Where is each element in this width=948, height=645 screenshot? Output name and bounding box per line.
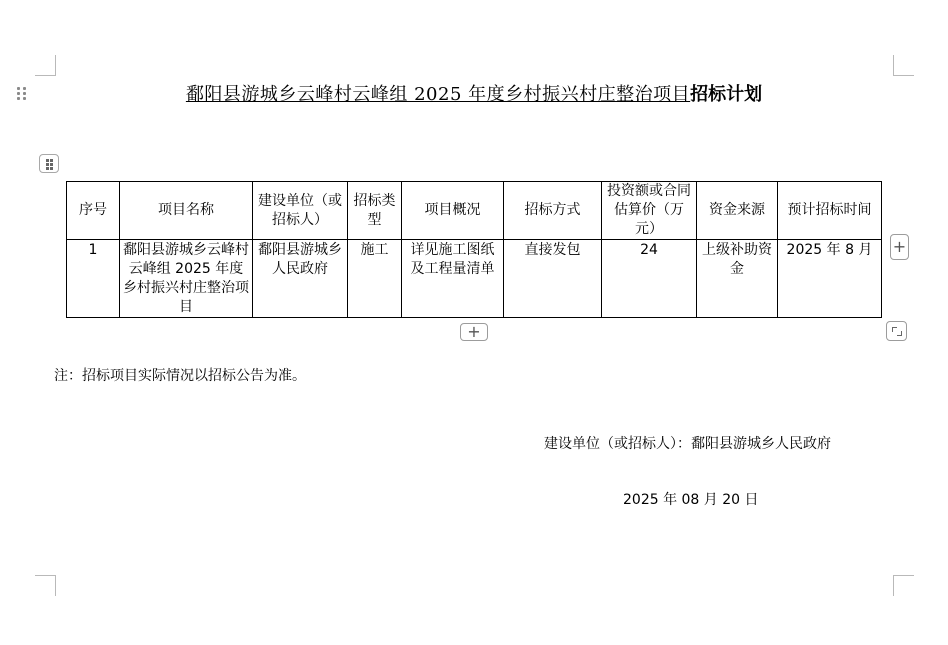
- cell-overview[interactable]: 详见施工图纸及工程量清单: [402, 240, 504, 318]
- signature-unit: 建设单位（或招标人）：鄱阳县游城乡人民政府: [544, 434, 831, 454]
- cell-project-name[interactable]: 鄱阳县游城乡云峰村云峰组 2025 年度乡村振兴村庄整治项目: [120, 240, 253, 318]
- cell-amount[interactable]: 24: [602, 240, 697, 318]
- title-bold: 招标计划: [690, 84, 762, 105]
- plus-icon: +: [893, 237, 906, 256]
- table-move-handle[interactable]: [39, 154, 59, 173]
- add-column-button[interactable]: +: [890, 234, 909, 260]
- table-resize-handle[interactable]: [886, 321, 907, 341]
- add-row-button[interactable]: +: [460, 323, 488, 341]
- cell-method[interactable]: 直接发包: [504, 240, 602, 318]
- cell-type[interactable]: 施工: [348, 240, 402, 318]
- page-corner-top-right: [893, 55, 914, 76]
- header-method[interactable]: 招标方式: [504, 182, 602, 240]
- page-corner-bottom-right: [893, 575, 914, 596]
- title-main: 鄱阳县游城乡云峰村云峰组 2025 年度乡村振兴村庄整治项目: [186, 84, 690, 105]
- cell-fund-source[interactable]: 上级补助资金: [697, 240, 778, 318]
- note-text: 注：招标项目实际情况以招标公告为准。: [54, 366, 306, 386]
- page-corner-bottom-left: [35, 575, 56, 596]
- plus-icon: +: [467, 322, 480, 341]
- table-row: 1 鄱阳县游城乡云峰村云峰组 2025 年度乡村振兴村庄整治项目 鄱阳县游城乡人…: [67, 240, 882, 318]
- document-title: 鄱阳县游城乡云峰村云峰组 2025 年度乡村振兴村庄整治项目招标计划: [0, 84, 948, 106]
- bidding-plan-table: 序号 项目名称 建设单位（或招标人） 招标类型 项目概况 招标方式 投资额或合同…: [66, 181, 882, 318]
- header-time[interactable]: 预计招标时间: [778, 182, 882, 240]
- table-header-row: 序号 项目名称 建设单位（或招标人） 招标类型 项目概况 招标方式 投资额或合同…: [67, 182, 882, 240]
- header-unit[interactable]: 建设单位（或招标人）: [253, 182, 348, 240]
- header-no[interactable]: 序号: [67, 182, 120, 240]
- header-overview[interactable]: 项目概况: [402, 182, 504, 240]
- header-type[interactable]: 招标类型: [348, 182, 402, 240]
- page-corner-top-left: [35, 55, 56, 76]
- cell-unit[interactable]: 鄱阳县游城乡人民政府: [253, 240, 348, 318]
- cell-no[interactable]: 1: [67, 240, 120, 318]
- cell-time[interactable]: 2025 年 8 月: [778, 240, 882, 318]
- header-amount[interactable]: 投资额或合同估算价（万元）: [602, 182, 697, 240]
- signature-date: 2025 年 08 月 20 日: [623, 490, 759, 510]
- header-fund-source[interactable]: 资金来源: [697, 182, 778, 240]
- header-project-name[interactable]: 项目名称: [120, 182, 253, 240]
